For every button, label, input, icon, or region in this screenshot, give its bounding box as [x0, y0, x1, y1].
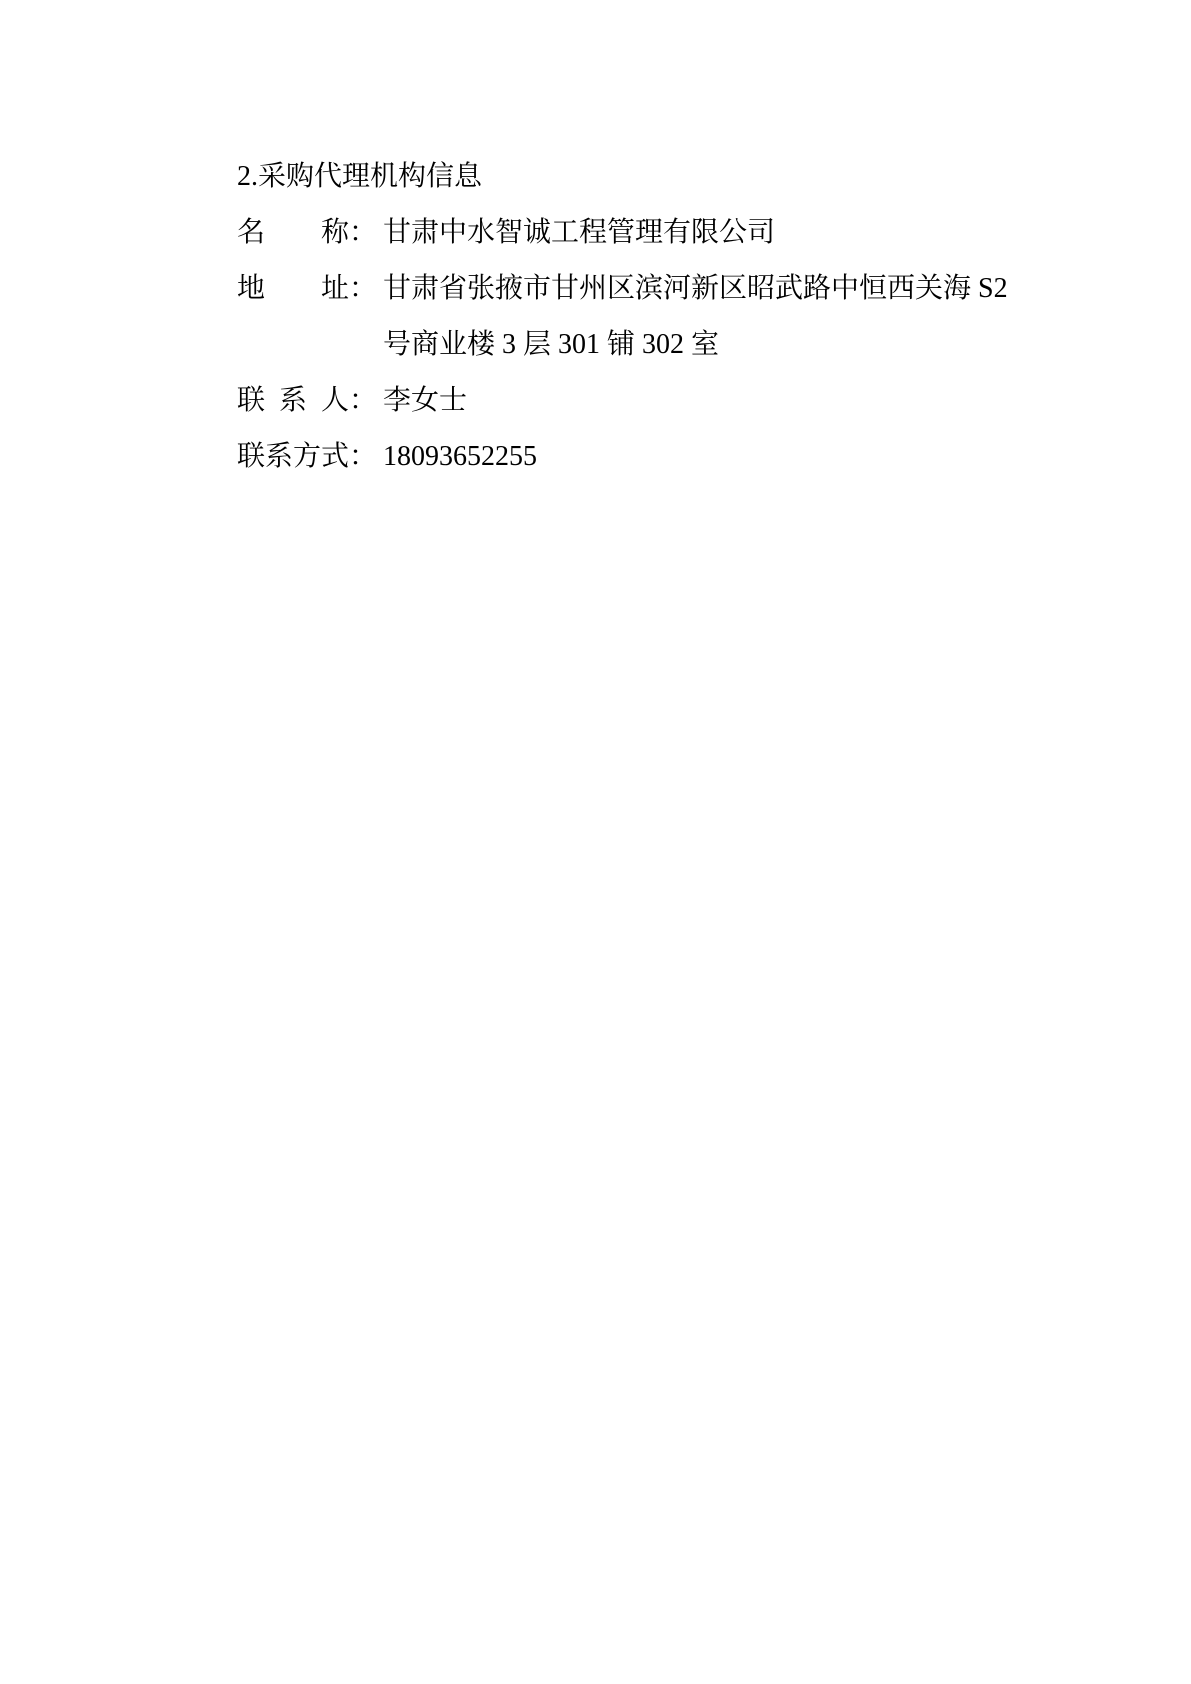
address-value-line-1: 甘肃省张掖市甘州区滨河新区昭武路中恒西关海 S2	[383, 261, 1008, 317]
contact-person-label: 联系人	[237, 373, 349, 429]
section-heading: 2.采购代理机构信息	[237, 149, 954, 205]
address-label-colon: ：	[349, 261, 377, 317]
name-label-colon: ：	[349, 205, 377, 261]
address-label: 地址	[237, 261, 349, 317]
contact-person-label-colon: ：	[349, 373, 377, 429]
document-page: 2.采购代理机构信息 名称： 甘肃中水智诚工程管理有限公司 地址： 甘肃省张掖市…	[0, 0, 1191, 1684]
field-row-contact-phone: 联系方式： 18093652255	[237, 429, 954, 485]
name-label: 名称	[237, 205, 349, 261]
address-value-line-2: 号商业楼 3 层 301 铺 302 室	[383, 317, 1008, 373]
contact-phone-value: 18093652255	[383, 429, 537, 485]
agency-info-section: 2.采购代理机构信息 名称： 甘肃中水智诚工程管理有限公司 地址： 甘肃省张掖市…	[237, 149, 954, 485]
contact-person-value: 李女士	[383, 373, 467, 429]
address-value: 甘肃省张掖市甘州区滨河新区昭武路中恒西关海 S2 号商业楼 3 层 301 铺 …	[383, 261, 1008, 373]
field-row-address: 地址： 甘肃省张掖市甘州区滨河新区昭武路中恒西关海 S2 号商业楼 3 层 30…	[237, 261, 954, 373]
field-row-contact-person: 联系人： 李女士	[237, 373, 954, 429]
name-value: 甘肃中水智诚工程管理有限公司	[383, 205, 775, 261]
contact-phone-label-colon: ：	[349, 429, 377, 485]
contact-phone-label: 联系方式	[237, 429, 349, 485]
field-row-name: 名称： 甘肃中水智诚工程管理有限公司	[237, 205, 954, 261]
